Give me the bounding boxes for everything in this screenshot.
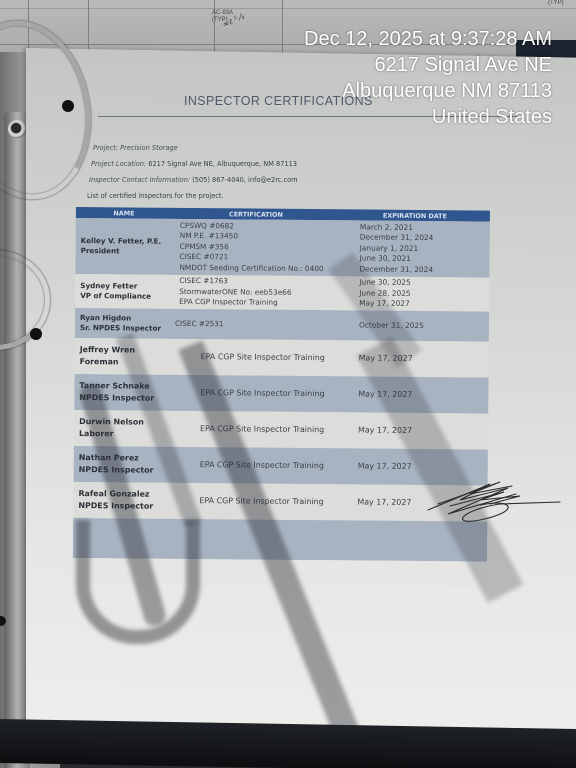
expiration-date: December 31, 2024: [360, 233, 490, 245]
inspector-name-cell: Jeffrey Wren Foreman: [75, 344, 171, 369]
project-line: Project: Precision Storage: [93, 144, 178, 152]
overlay-country: United States: [304, 104, 552, 130]
signature-icon: [420, 470, 576, 530]
expiration-cell: May 17, 2027: [358, 424, 488, 437]
certification-cell: CISEC #1763 StormwaterONE No: eeb53e66 E…: [171, 276, 359, 309]
expiration-cell: June 30, 2025 June 28, 2025 May 17, 2027: [359, 278, 489, 311]
project-value: Precision Storage: [120, 144, 178, 152]
expiration-date: October 31, 2025: [359, 320, 489, 332]
contact-value: (505) 867-4040, info@e2rc.com: [192, 176, 297, 184]
inspector-name: Nathan Perez: [79, 452, 170, 465]
list-intro: List of certified inspectors for the pro…: [87, 192, 224, 200]
expiration-date: June 30, 2021: [360, 254, 490, 266]
inspector-name-cell: Durwin Nelson Laborer: [74, 416, 170, 441]
certification: EPA CGP Site Inspector Training: [200, 459, 358, 472]
expiration-date: May 17, 2027: [358, 388, 488, 401]
table-row-empty: [73, 558, 487, 588]
certification-cell: EPA CGP Site Inspector Training: [170, 387, 358, 401]
certification: CISEC #2531: [175, 319, 359, 331]
photo-geotag-overlay: Dec 12, 2025 at 9:37:28 AM 6217 Signal A…: [304, 26, 552, 130]
location-label: Project Location:: [91, 160, 146, 168]
table-row: Durwin Nelson Laborer EPA CGP Site Inspe…: [74, 410, 488, 450]
inspector-title: NPDES Inspector: [79, 464, 170, 477]
column-header-certification: CERTIFICATION: [172, 209, 340, 218]
certification: EPA CGP Site Inspector Training: [200, 423, 358, 436]
table-row: Sydney Fetter VP of Compliance CISEC #17…: [75, 274, 489, 312]
inspector-title: Foreman: [80, 356, 171, 369]
location-line: Project Location: 6217 Signal Ave NE, Al…: [91, 160, 297, 168]
inspector-name: Rafeal Gonzalez: [78, 488, 169, 501]
inspector-title: President: [81, 246, 172, 257]
expiration-cell: May 17, 2027: [358, 388, 488, 401]
certification-cell: EPA CGP Site Inspector Training: [170, 459, 358, 473]
column-header-expiration: EXPIRATION DATE: [340, 211, 490, 220]
overlay-address-line1: 6217 Signal Ave NE: [304, 52, 552, 78]
expiration-date: June 30, 2025: [359, 278, 489, 290]
contact-line: Inspector Contact Information: (505) 867…: [89, 176, 298, 184]
contact-label: Inspector Contact Information:: [89, 176, 190, 184]
certification-cell: CPSWQ #0682 NM P.E. #13450 CPMSM #356 CI…: [171, 221, 359, 275]
inspector-name: Jeffrey Wren: [80, 344, 171, 357]
table-row: Tanner Schnake NPDES Inspector EPA CGP S…: [74, 374, 488, 414]
table-row: Kelley V. Fetter, P.E. President CPSWQ #…: [75, 218, 489, 278]
drawing-gridline: [282, 0, 283, 60]
table-row: Jeffrey Wren Foreman EPA CGP Site Inspec…: [75, 338, 489, 378]
certification: EPA CGP Site Inspector Training: [199, 495, 357, 508]
inspector-title: NPDES Inspector: [78, 500, 169, 513]
punch-hole-icon: [30, 328, 42, 340]
certification: EPA CGP Inspector Training: [179, 297, 359, 309]
table-row: Ryan Higdon Sr. NPDES Inspector CISEC #2…: [75, 308, 489, 342]
certification: EPA CGP Site Inspector Training: [200, 387, 358, 400]
overlay-timestamp: Dec 12, 2025 at 9:37:28 AM: [304, 26, 552, 52]
inspector-table: NAME CERTIFICATION EXPIRATION DATE Kelle…: [73, 207, 490, 588]
inspector-title: NPDES Inspector: [79, 392, 170, 405]
inspector-name-cell: Ryan Higdon Sr. NPDES Inspector: [75, 313, 171, 334]
drawing-gridline: [0, 8, 576, 9]
punch-hole-icon: [62, 100, 74, 112]
expiration-cell: March 2, 2021 December 31, 2024 January …: [359, 222, 489, 276]
location-value: 6217 Signal Ave NE, Albuquerque, NM 8711…: [148, 160, 297, 168]
expiration-cell: October 31, 2025: [359, 320, 489, 332]
inspector-title: VP of Compliance: [80, 291, 171, 302]
certification-cell: EPA CGP Site Inspector Training: [170, 423, 358, 437]
inspector-title: Laborer: [79, 428, 170, 441]
inspector-name-cell: Tanner Schnake NPDES Inspector: [74, 380, 170, 405]
column-header-name: NAME: [76, 208, 172, 217]
expiration-date: May 17, 2027: [359, 299, 489, 311]
expiration-date: May 17, 2027: [358, 424, 488, 437]
drawing-corner-note: (TYP): [548, 0, 564, 7]
inspector-name: Tanner Schnake: [79, 380, 170, 393]
expiration-date: May 17, 2027: [359, 352, 489, 365]
inspector-name-cell: Sydney Fetter VP of Compliance: [75, 281, 171, 302]
project-label: Project:: [93, 144, 118, 152]
certification-cell: EPA CGP Site Inspector Training: [169, 495, 357, 509]
expiration-date: December 31, 2024: [359, 264, 489, 276]
certification: EPA CGP Site Inspector Training: [201, 351, 359, 364]
inspector-title: Sr. NPDES Inspector: [80, 323, 171, 334]
expiration-cell: May 17, 2027: [359, 352, 489, 365]
drawing-note-line1: AC-83A: [212, 10, 233, 16]
inspector-name: Durwin Nelson: [79, 416, 170, 429]
certification-cell: EPA CGP Site Inspector Training: [171, 351, 359, 365]
certification: NMDOT Seeding Certification No.: 0400: [179, 263, 359, 275]
photo-scene: AC-83A (TYP) ≈ℓ ⁵ ⁄₄ (TYP) INSPECTOR CER…: [0, 0, 576, 768]
certification-cell: CISEC #2531: [171, 319, 359, 331]
inspector-name-cell: Nathan Perez NPDES Inspector: [74, 452, 170, 477]
inspector-name-cell: Rafeal Gonzalez NPDES Inspector: [73, 488, 169, 513]
inspector-name-cell: Kelley V. Fetter, P.E. President: [76, 236, 172, 257]
overlay-address-line2: Albuquerque NM 87113: [304, 78, 552, 104]
